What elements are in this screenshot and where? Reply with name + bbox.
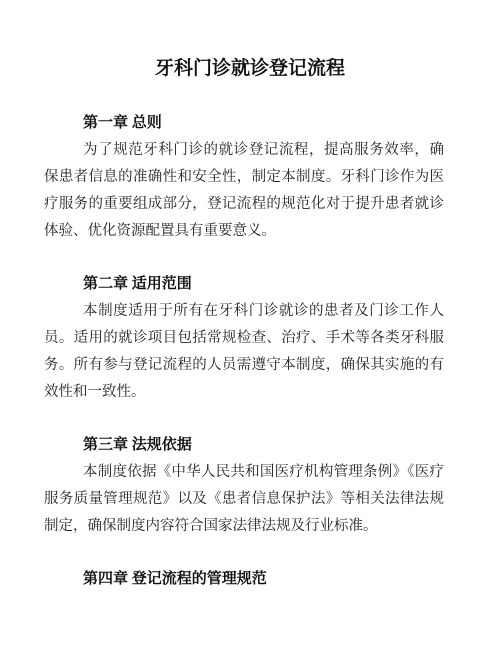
document-title: 牙科门诊就诊登记流程 [0, 0, 500, 84]
section-paragraph-chapter-2: 本制度适用于所有在牙科门诊就诊的患者及门诊工作人员。适用的就诊项目包括常规检查、… [44, 298, 444, 406]
section-paragraph-chapter-3: 本制度依据《中华人民共和国医疗机构管理条例》《医疗服务质量管理规范》以及《患者信… [44, 459, 444, 540]
section-paragraph-chapter-1: 为了规范牙科门诊的就诊登记流程，提高服务效率，确保患者信息的准确性和安全性，制定… [44, 137, 444, 245]
section-registration-management: 第四章 登记流程的管理规范 [44, 566, 444, 593]
section-general-provisions: 第一章 总则 为了规范牙科门诊的就诊登记流程，提高服务效率，确保患者信息的准确性… [44, 110, 444, 245]
section-regulatory-basis: 第三章 法规依据 本制度依据《中华人民共和国医疗机构管理条例》《医疗服务质量管理… [44, 432, 444, 540]
section-heading-chapter-2: 第二章 适用范围 [83, 271, 444, 298]
section-heading-chapter-1: 第一章 总则 [83, 110, 444, 137]
document-page: 牙科门诊就诊登记流程 第一章 总则 为了规范牙科门诊的就诊登记流程，提高服务效率… [0, 0, 500, 647]
document-body: 第一章 总则 为了规范牙科门诊的就诊登记流程，提高服务效率，确保患者信息的准确性… [44, 110, 444, 593]
section-scope-of-application: 第二章 适用范围 本制度适用于所有在牙科门诊就诊的患者及门诊工作人员。适用的就诊… [44, 271, 444, 406]
section-heading-chapter-4: 第四章 登记流程的管理规范 [83, 566, 444, 593]
section-heading-chapter-3: 第三章 法规依据 [83, 432, 444, 459]
